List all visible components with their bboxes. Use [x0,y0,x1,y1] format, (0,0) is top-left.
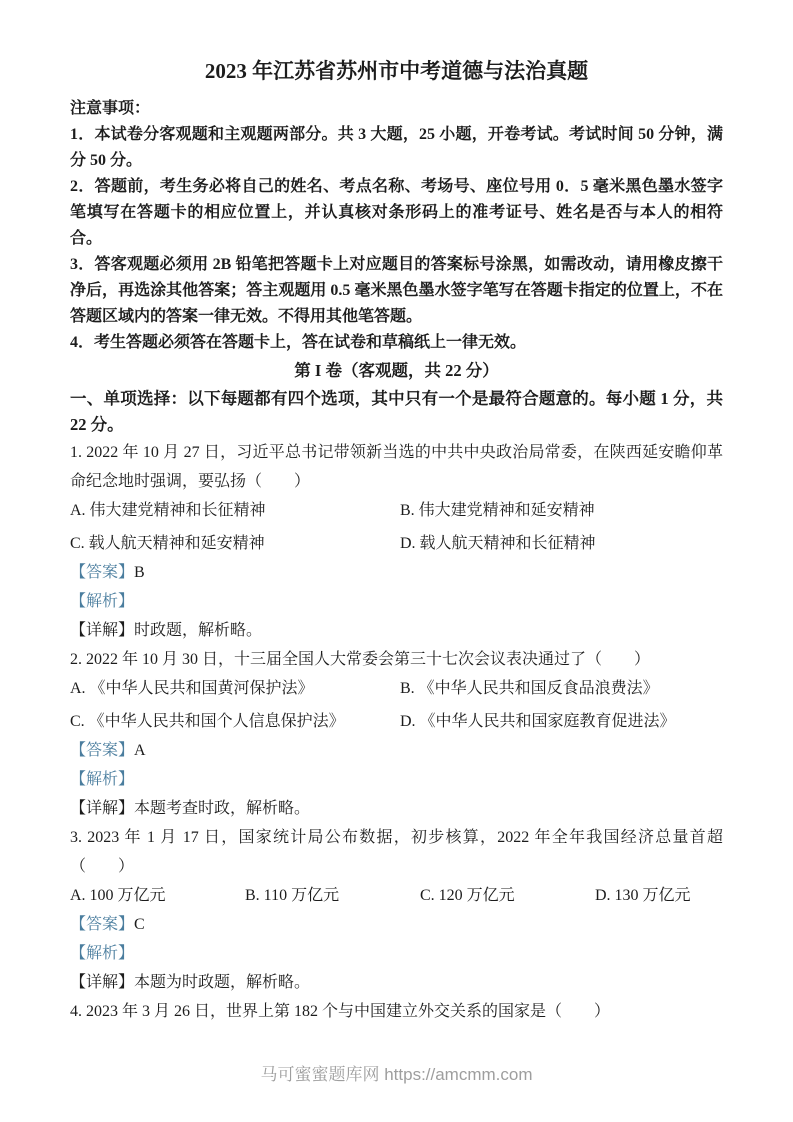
question-2-option-c: C. 《中华人民共和国个人信息保护法》 [70,707,400,736]
question-2-option-a: A. 《中华人民共和国黄河保护法》 [70,674,400,703]
notice-item-4: 4．考生答题必须答在答题卡上，答在试卷和草稿纸上一律无效。 [70,330,723,356]
question-1-answer: B [134,564,145,581]
detail-label: 【详解】 [70,622,134,639]
question-3-option-a: A. 100 万亿元 [70,881,245,910]
question-2-analysis-line: 【解析】 [70,765,723,794]
question-4-stem: 4. 2023 年 3 月 26 日，世界上第 182 个与中国建立外交关系的国… [70,997,723,1026]
question-1-detail-line: 【详解】时政题，解析略。 [70,616,723,645]
question-1-option-b: B. 伟大建党精神和延安精神 [400,496,723,525]
question-3-detail: 本题为时政题，解析略。 [134,974,310,991]
document-page: 2023 年江苏省苏州市中考道德与法治真题 注意事项： 1．本试卷分客观题和主观… [0,0,793,1122]
notices-block: 注意事项： 1．本试卷分客观题和主观题两部分。共 3 大题，25 小题，开卷考试… [70,96,723,356]
footer-watermark-text: 马可蜜蜜题库网 https://amcmm.com [260,1065,532,1084]
section-instruction: 一、单项选择：以下每题都有四个选项，其中只有一个是最符合题意的。每小题 1 分，… [70,386,723,438]
answer-label: 【答案】 [70,742,134,759]
question-2-option-b: B. 《中华人民共和国反食品浪费法》 [400,674,723,703]
question-3-analysis-line: 【解析】 [70,939,723,968]
question-2: 2. 2022 年 10 月 30 日，十三届全国人大常委会第三十七次会议表决通… [70,645,723,823]
detail-label: 【详解】 [70,974,134,991]
question-3-detail-line: 【详解】本题为时政题，解析略。 [70,968,723,997]
question-1-analysis-line: 【解析】 [70,587,723,616]
question-2-stem: 2. 2022 年 10 月 30 日，十三届全国人大常委会第三十七次会议表决通… [70,645,723,674]
answer-label: 【答案】 [70,916,134,933]
notice-item-1: 1．本试卷分客观题和主观题两部分。共 3 大题，25 小题，开卷考试。考试时间 … [70,122,723,174]
question-1-option-d: D. 载人航天精神和长征精神 [400,529,723,558]
question-3-options: A. 100 万亿元 B. 110 万亿元 C. 120 万亿元 D. 130 … [70,881,723,910]
question-2-detail: 本题考查时政，解析略。 [134,800,310,817]
page-title: 2023 年江苏省苏州市中考道德与法治真题 [70,56,723,86]
question-1-option-a: A. 伟大建党精神和长征精神 [70,496,400,525]
questions-area: 1. 2022 年 10 月 27 日，习近平总书记带领新当选的中共中央政治局常… [70,438,723,1026]
question-2-option-d: D. 《中华人民共和国家庭教育促进法》 [400,707,723,736]
question-4: 4. 2023 年 3 月 26 日，世界上第 182 个与中国建立外交关系的国… [70,997,723,1026]
question-3-option-b: B. 110 万亿元 [245,881,420,910]
question-1-stem: 1. 2022 年 10 月 27 日，习近平总书记带领新当选的中共中央政治局常… [70,438,723,496]
question-2-answer: A [134,742,146,759]
analysis-label: 【解析】 [70,945,134,962]
question-3: 3. 2023 年 1 月 17 日，国家统计局公布数据，初步核算，2022 年… [70,823,723,997]
answer-label: 【答案】 [70,564,134,581]
analysis-label: 【解析】 [70,771,134,788]
question-3-stem: 3. 2023 年 1 月 17 日，国家统计局公布数据，初步核算，2022 年… [70,823,723,881]
question-3-answer: C [134,916,145,933]
page-content: 2023 年江苏省苏州市中考道德与法治真题 注意事项： 1．本试卷分客观题和主观… [0,0,793,1026]
question-1-options: A. 伟大建党精神和长征精神 B. 伟大建党精神和延安精神 C. 载人航天精神和… [70,496,723,558]
question-3-option-d: D. 130 万亿元 [595,881,723,910]
question-1-detail: 时政题，解析略。 [134,622,262,639]
question-3-option-c: C. 120 万亿元 [420,881,595,910]
notices-heading: 注意事项： [70,96,723,122]
question-2-detail-line: 【详解】本题考查时政，解析略。 [70,794,723,823]
notice-item-3: 3．答客观题必须用 2B 铅笔把答题卡上对应题目的答案标号涂黑，如需改动，请用橡… [70,252,723,330]
question-1-answer-line: 【答案】B [70,558,723,587]
question-2-answer-line: 【答案】A [70,736,723,765]
detail-label: 【详解】 [70,800,134,817]
notice-item-2: 2．答题前，考生务必将自己的姓名、考点名称、考场号、座位号用 0．5 毫米黑色墨… [70,174,723,252]
question-3-answer-line: 【答案】C [70,910,723,939]
footer-watermark: 马可蜜蜜题库网 https://amcmm.com [0,1060,793,1085]
part-title: 第 I 卷（客观题，共 22 分） [70,356,723,386]
analysis-label: 【解析】 [70,593,134,610]
question-1-option-c: C. 载人航天精神和延安精神 [70,529,400,558]
question-1: 1. 2022 年 10 月 27 日，习近平总书记带领新当选的中共中央政治局常… [70,438,723,645]
question-2-options: A. 《中华人民共和国黄河保护法》 B. 《中华人民共和国反食品浪费法》 C. … [70,674,723,736]
